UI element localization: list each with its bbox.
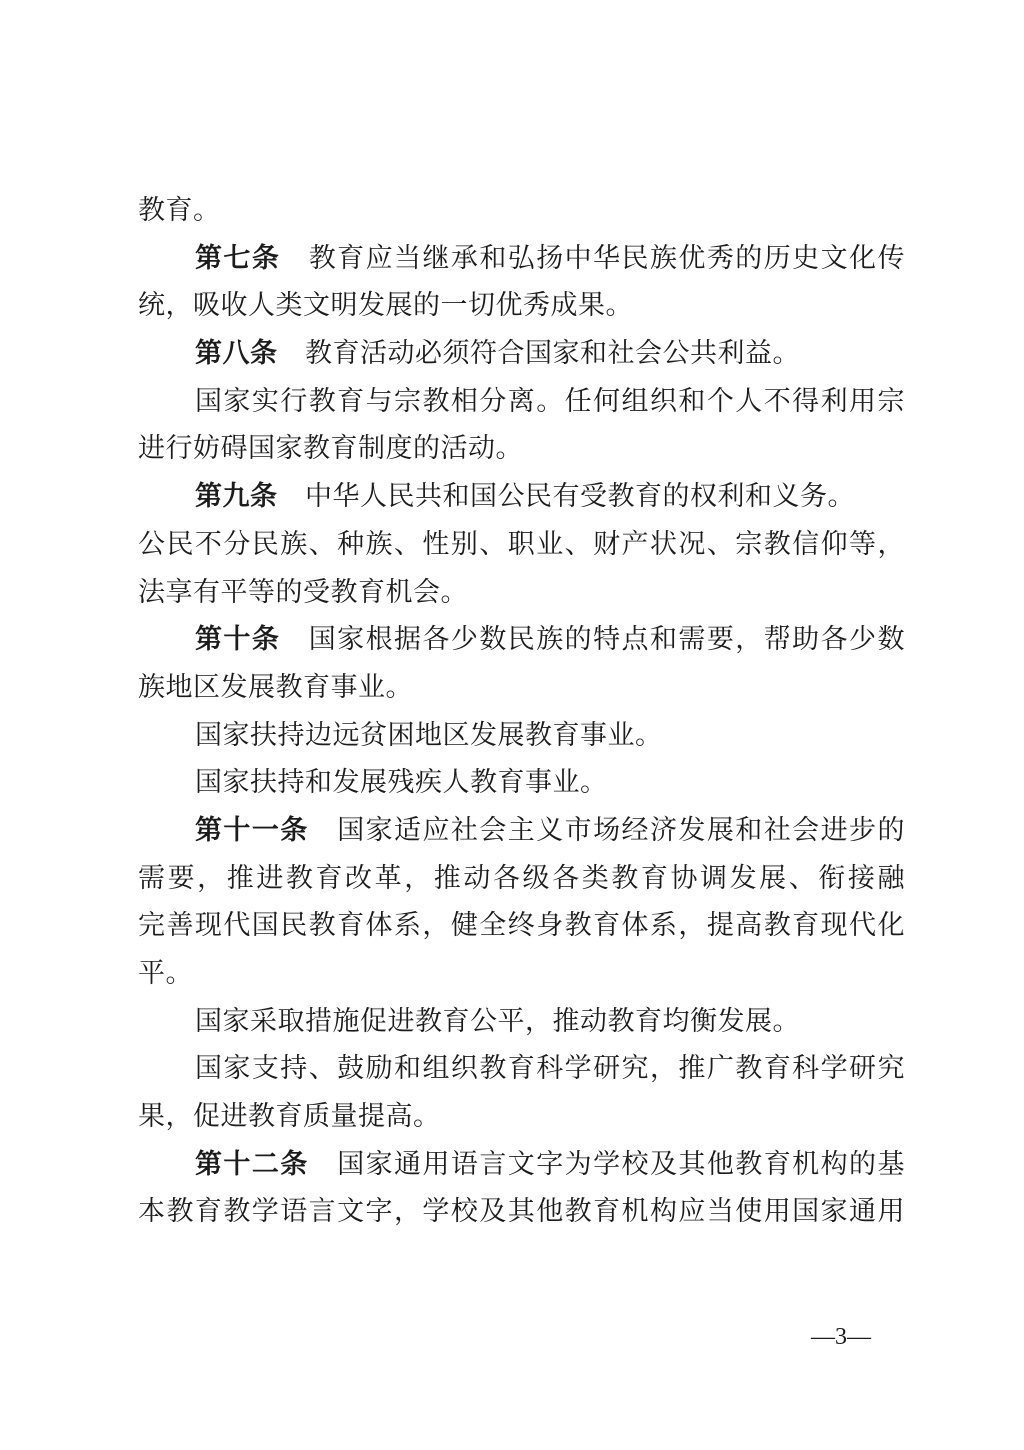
text-line: 国家扶持边远贫困地区发展教育事业。: [138, 712, 905, 760]
article-number-label: 第八条: [195, 338, 278, 368]
text-line: 第九条 中华人民共和国公民有受教育的权利和义务。: [138, 473, 905, 521]
line-text: 国家根据各少数民族的特点和需要，帮助各少数民: [195, 624, 905, 664]
text-line: 第十条 国家根据各少数民族的特点和需要，帮助各少数民: [138, 616, 905, 664]
article-number-label: 第十条: [195, 624, 280, 654]
line-text: 国家扶持边远贫困地区发展教育事业。: [195, 720, 663, 750]
page-number: —3—: [806, 1320, 876, 1354]
line-text: 国家扶持和发展残疾人教育事业。: [195, 767, 608, 797]
document-lines: 教育。第七条 教育应当继承和弘扬中华民族优秀的历史文化传统，吸收人类文明发展的一…: [138, 187, 905, 1236]
line-text: 族地区发展教育事业。: [138, 672, 413, 702]
text-line: 公民不分民族、种族、性别、职业、财产状况、宗教信仰等，依: [138, 521, 905, 569]
line-text: 完善现代国民教育体系，健全终身教育体系，提高教育现代化水: [138, 910, 905, 950]
text-line: 进行妨碍国家教育制度的活动。: [138, 425, 905, 473]
line-text: 统，吸收人类文明发展的一切优秀成果。: [138, 290, 633, 320]
document-page: 教育。第七条 教育应当继承和弘扬中华民族优秀的历史文化传统，吸收人类文明发展的一…: [0, 0, 1024, 1450]
text-line: 统，吸收人类文明发展的一切优秀成果。: [138, 282, 905, 330]
text-line: 国家采取措施促进教育公平，推动教育均衡发展。: [138, 998, 905, 1046]
line-text: 国家通用语言文字为学校及其他教育机构的基: [337, 1149, 905, 1179]
article-number-label: 第七条: [195, 243, 280, 273]
text-line: 国家支持、鼓励和组织教育科学研究，推广教育科学研究成: [138, 1045, 905, 1093]
line-text: 平。: [138, 958, 193, 988]
line-text: 国家适应社会主义市场经济发展和社会进步的: [337, 815, 905, 845]
text-line: 本教育教学语言文字，学校及其他教育机构应当使用国家通用语: [138, 1188, 905, 1236]
line-text: 国家采取措施促进教育公平，推动教育均衡发展。: [195, 1006, 800, 1036]
text-line: 国家实行教育与宗教相分离。任何组织和个人不得利用宗教: [138, 378, 905, 426]
line-text: 教育活动必须符合国家和社会公共利益。: [305, 338, 800, 368]
text-line: 需要，推进教育改革，推动各级各类教育协调发展、衔接融通，: [138, 855, 905, 903]
line-text: 需要，推进教育改革，推动各级各类教育协调发展、衔接融通，: [138, 863, 905, 903]
line-text: 本教育教学语言文字，学校及其他教育机构应当使用国家通用语: [138, 1196, 905, 1236]
line-text: 进行妨碍国家教育制度的活动。: [138, 433, 523, 463]
text-line: 国家扶持和发展残疾人教育事业。: [138, 759, 905, 807]
line-text: 国家实行教育与宗教相分离。任何组织和个人不得利用宗教: [195, 386, 905, 426]
text-line: 教育。: [138, 187, 905, 235]
line-text: 果，促进教育质量提高。: [138, 1101, 441, 1131]
text-line: 果，促进教育质量提高。: [138, 1093, 905, 1141]
text-line: 法享有平等的受教育机会。: [138, 569, 905, 617]
line-text: 教育。: [138, 195, 221, 225]
text-line: 第十一条 国家适应社会主义市场经济发展和社会进步的: [138, 807, 905, 855]
text-line: 平。: [138, 950, 905, 998]
text-line: 完善现代国民教育体系，健全终身教育体系，提高教育现代化水: [138, 902, 905, 950]
article-number-label: 第十二条: [195, 1149, 309, 1179]
text-line: 族地区发展教育事业。: [138, 664, 905, 712]
text-line: 第十二条 国家通用语言文字为学校及其他教育机构的基: [138, 1141, 905, 1189]
line-text: 法享有平等的受教育机会。: [138, 577, 468, 607]
text-line: 第八条 教育活动必须符合国家和社会公共利益。: [138, 330, 905, 378]
article-number-label: 第九条: [195, 481, 278, 511]
article-number-label: 第十一条: [195, 815, 309, 845]
line-text: 公民不分民族、种族、性别、职业、财产状况、宗教信仰等，依: [138, 529, 905, 569]
line-text: 中华人民共和国公民有受教育的权利和义务。: [305, 481, 855, 511]
text-line: 第七条 教育应当继承和弘扬中华民族优秀的历史文化传: [138, 235, 905, 283]
line-text: 教育应当继承和弘扬中华民族优秀的历史文化传: [309, 243, 905, 273]
line-text: 国家支持、鼓励和组织教育科学研究，推广教育科学研究成: [195, 1053, 905, 1093]
